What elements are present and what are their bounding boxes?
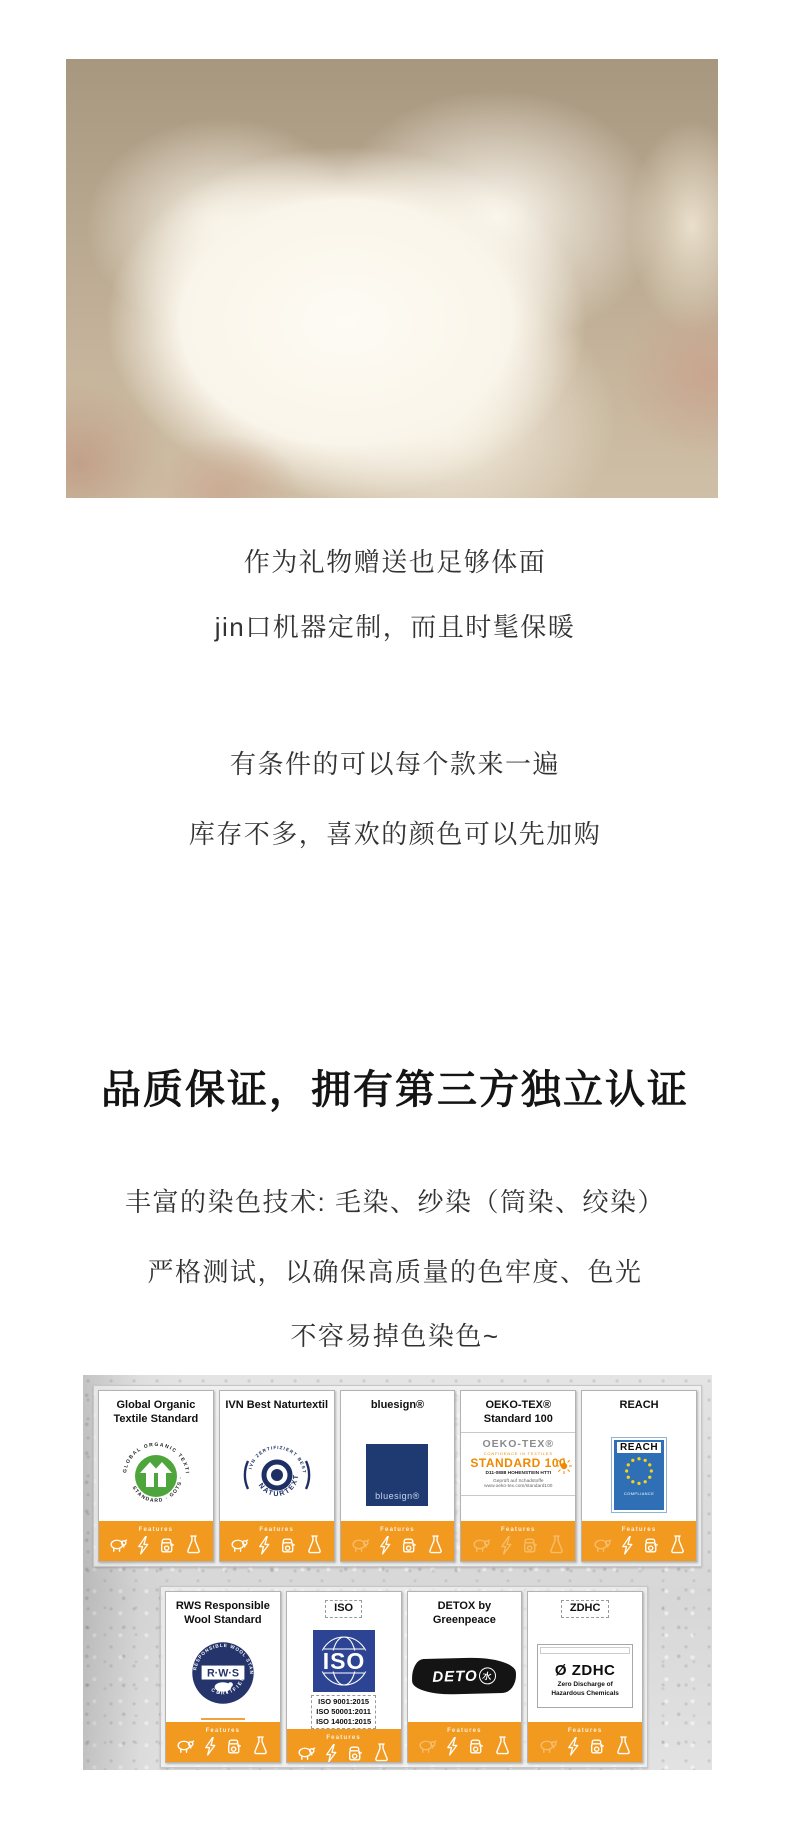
sheep-icon [350, 1536, 371, 1555]
features-label: Features [259, 1527, 294, 1533]
cert-card-features-footer: Features [528, 1722, 642, 1762]
cert-card-title: OEKO-TEX® Standard 100 [461, 1391, 575, 1429]
dye-machine-icon [467, 1737, 486, 1756]
lightning-icon [499, 1536, 514, 1555]
sheep-icon [417, 1737, 438, 1756]
lightning-icon [136, 1536, 151, 1555]
gots-logo: GLOBAL ORGANIC TEXTILE STANDARD · GOTS · [113, 1432, 199, 1518]
lightning-icon [203, 1737, 218, 1756]
svg-text:R·W·S: R·W·S [207, 1667, 239, 1679]
cert-card-detox: DETOX by Greenpeace DETO水 Features [407, 1591, 523, 1763]
dye-machine-icon [400, 1536, 419, 1555]
reach-logo: REACH COMPLIANCE [611, 1437, 667, 1513]
dye-machine-icon [225, 1737, 244, 1756]
flask-icon [668, 1535, 687, 1555]
lightning-icon [566, 1737, 581, 1756]
cert-card-gots: Global Organic Textile Standard GLOBAL O… [98, 1390, 214, 1562]
zdhc-logo: Ø ZDHC Zero Discharge ofHazardous Chemic… [537, 1644, 633, 1708]
dye-line-2: 严格测试，以确保高质量的色牢度、色光 [0, 1252, 790, 1289]
ivn-naturtextil-logo: IVN ZERTIFIZIERT BEST NATURTEXTIL [237, 1435, 317, 1515]
features-label: Features [447, 1728, 482, 1734]
sheep-icon [538, 1737, 559, 1756]
dye-machine-icon [158, 1536, 177, 1555]
dye-machine-icon [588, 1737, 607, 1756]
cert-row-1: Global Organic Textile Standard GLOBAL O… [93, 1385, 702, 1567]
cert-row-2: RWS Responsible Wool Standard R·W·S RESP… [160, 1586, 648, 1768]
cert-card-features-footer: Features [341, 1521, 455, 1561]
cert-card-features-footer: Features [99, 1521, 213, 1561]
cert-card-features-footer: Features [461, 1521, 575, 1561]
flask-icon [251, 1736, 270, 1756]
flask-icon [547, 1535, 566, 1555]
sheep-icon [229, 1536, 250, 1555]
lightning-icon [445, 1737, 460, 1756]
cert-card-features-footer: Features [582, 1521, 696, 1561]
rws-divider [201, 1718, 245, 1720]
features-label: Features [568, 1728, 603, 1734]
bluesign-logo-text: bluesign® [375, 1491, 420, 1501]
certifications-panel: Global Organic Textile Standard GLOBAL O… [83, 1375, 712, 1770]
cert-card-bluesign: bluesign® bluesign® Features [340, 1390, 456, 1562]
product-detail-page: 作为礼物赠送也足够体面 jin口机器定制，而且时髦保暖 有条件的可以每个款来一遍… [0, 0, 790, 1844]
flask-icon [372, 1743, 391, 1763]
cert-card-title: ZDHC [528, 1592, 642, 1630]
sheep-icon [592, 1536, 613, 1555]
cert-card-oekotex: OEKO-TEX® Standard 100 OEKO-TEX® CONFIDE… [460, 1390, 576, 1562]
cert-card-iso: ISO ISO ISO 9001:2015ISO 50001:2011ISO 1… [286, 1591, 402, 1763]
iso-standards-list: ISO 9001:2015ISO 50001:2011ISO 14001:201… [311, 1695, 376, 1729]
rws-logo: R·W·S RESPONSIBLE WOOL STANDARD CERTIFIE… [183, 1633, 263, 1713]
sheep-icon [296, 1744, 317, 1763]
detox-water-badge: 水 [478, 1666, 497, 1685]
cert-card-title: DETOX by Greenpeace [408, 1592, 522, 1630]
promo-line-2: jin口机器定制，而且时髦保暖 [0, 607, 790, 644]
eu-stars-icon [619, 1453, 659, 1491]
dye-line-1: 丰富的染色技术: 毛染、纱染（筒染、绞染） [0, 1182, 790, 1219]
flask-icon [493, 1736, 512, 1756]
detox-logo: DETO水 [412, 1657, 517, 1696]
lightning-icon [620, 1536, 635, 1555]
cert-card-features-footer: Features [220, 1521, 334, 1561]
oeko-sun-icon [555, 1457, 573, 1480]
cert-card-zdhc: ZDHC Ø ZDHC Zero Discharge ofHazardous C… [527, 1591, 643, 1763]
dye-machine-icon [279, 1536, 298, 1555]
lightning-icon [324, 1744, 339, 1763]
cert-card-rws: RWS Responsible Wool Standard R·W·S RESP… [165, 1591, 281, 1763]
dye-machine-icon [346, 1744, 365, 1763]
sheep-icon [175, 1737, 196, 1756]
cert-card-title: REACH [582, 1391, 696, 1429]
cert-card-title: Global Organic Textile Standard [99, 1391, 213, 1429]
svg-text:ISO: ISO [322, 1648, 365, 1674]
bluesign-logo: bluesign® [366, 1444, 428, 1506]
cert-card-title: bluesign® [341, 1391, 455, 1429]
flask-icon [614, 1736, 633, 1756]
oekotex-logo: OEKO-TEX® CONFIDENCE IN TEXTILES STANDAR… [461, 1432, 575, 1496]
features-label: Features [380, 1527, 415, 1533]
cert-card-reach: REACH REACH COMPLIANCE Features [581, 1390, 697, 1562]
cert-card-title: RWS Responsible Wool Standard [166, 1592, 280, 1630]
iso-logo: ISO [313, 1630, 375, 1692]
cert-card-features-footer: Features [287, 1729, 401, 1763]
features-label: Features [501, 1527, 536, 1533]
flask-icon [305, 1535, 324, 1555]
cert-card-title: ISO [287, 1592, 401, 1630]
dye-line-3: 不容易掉色染色~ [0, 1316, 790, 1353]
dye-machine-icon [642, 1536, 661, 1555]
flask-icon [184, 1535, 203, 1555]
lightning-icon [378, 1536, 393, 1555]
cert-card-features-footer: Features [408, 1722, 522, 1762]
cert-card-title: IVN Best Naturtextil [220, 1391, 334, 1429]
lightning-icon [257, 1536, 272, 1555]
cert-card-features-footer: Features [166, 1722, 280, 1762]
features-label: Features [622, 1527, 657, 1533]
dye-machine-icon [521, 1536, 540, 1555]
sheep-icon [471, 1536, 492, 1555]
wool-in-hands-photo [66, 59, 718, 498]
features-label: Features [326, 1735, 361, 1741]
features-label: Features [206, 1728, 241, 1734]
flask-icon [426, 1535, 445, 1555]
cert-card-ivn: IVN Best Naturtextil IVN ZERTIFIZIERT BE… [219, 1390, 335, 1562]
sheep-icon [108, 1536, 129, 1555]
promo-line-3: 有条件的可以每个款来一遍 [0, 744, 790, 781]
features-label: Features [139, 1527, 174, 1533]
quality-heading: 品质保证，拥有第三方独立认证 [0, 1058, 790, 1115]
promo-line-4: 库存不多，喜欢的颜色可以先加购 [0, 814, 790, 851]
promo-line-1: 作为礼物赠送也足够体面 [0, 542, 790, 579]
